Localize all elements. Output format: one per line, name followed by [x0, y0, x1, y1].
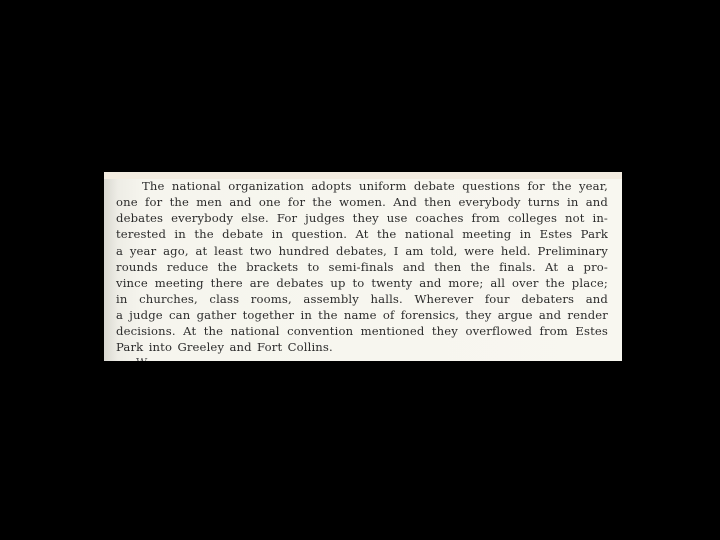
text-line: decisions. At the national convention me… — [116, 323, 608, 339]
text-line: debates everybody else. For judges they … — [116, 210, 608, 226]
paragraph: The national organization adopts uniform… — [116, 178, 608, 356]
text-line: in churches, class rooms, assembly halls… — [116, 291, 608, 307]
text-line: a judge can gather together in the name … — [116, 307, 608, 323]
viewer-background: The national organization adopts uniform… — [0, 0, 720, 540]
text-line: Park into Greeley and Fort Collins. — [116, 339, 608, 355]
scanned-page-excerpt: The national organization adopts uniform… — [104, 172, 622, 361]
text-line: The national organization adopts uniform… — [116, 178, 608, 194]
text-line: rounds reduce the brackets to semi-final… — [116, 259, 608, 275]
text-line: terested in the debate in question. At t… — [116, 226, 608, 242]
text-line: a year ago, at least two hundred debates… — [116, 243, 608, 259]
cutoff-next-line: W — [136, 356, 158, 361]
text-line: vince meeting there are debates up to tw… — [116, 275, 608, 291]
text-line: one for the men and one for the women. A… — [116, 194, 608, 210]
